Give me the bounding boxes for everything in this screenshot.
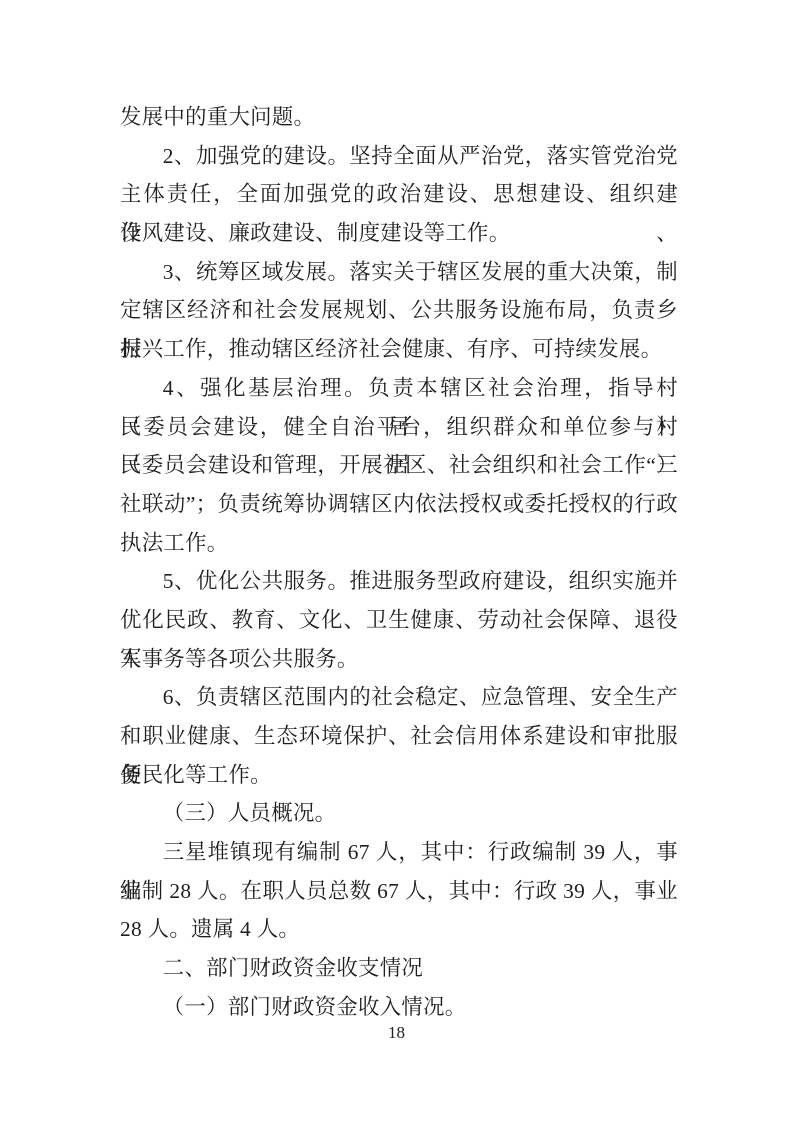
text-line: 5、优化公共服务。推进服务型政府建设，组织实施并 [120,562,678,601]
text-line: 4、强化基层治理。负责本辖区社会治理，指导村（居） [120,369,678,408]
text-line: 和职业健康、生态环境保护、社会信用体系建设和审批服务 [120,717,678,756]
text-line: 28 人。遗属 4 人。 [120,910,678,949]
page-number: 18 [0,1023,793,1043]
text-line: 便民化等工作。 [120,756,678,795]
text-line: 发展中的重大问题。 [120,98,678,137]
text-line: 社联动”；负责统筹协调辖区内依法授权或委托授权的行政 [120,485,678,524]
text-line: 执法工作。 [120,524,678,563]
text-line: 定辖区经济和社会发展规划、公共服务设施布局，负责乡村 [120,291,678,330]
text-line: （一）部门财政资金收入情况。 [120,988,678,1027]
text-line: 主体责任，全面加强党的政治建设、思想建设、组织建设、 [120,175,678,214]
text-line: 民委员会建设，健全自治平台，组织群众和单位参与村（居） [120,408,678,447]
text-line: 振兴工作，推动辖区经济社会健康、有序、可持续发展。 [120,330,678,369]
document-page: 发展中的重大问题。2、加强党的建设。坚持全面从严治党，落实管党治党主体责任，全面… [0,0,793,1122]
text-line: 编制 28 人。在职人员总数 67 人，其中：行政 39 人，事业 [120,872,678,911]
text-line: 3、统筹区域发展。落实关于辖区发展的重大决策，制 [120,253,678,292]
text-line: 民委员会建设和管理，开展社区、社会组织和社会工作“三 [120,446,678,485]
text-line: 6、负责辖区范围内的社会稳定、应急管理、安全生产 [120,678,678,717]
text-line: 优化民政、教育、文化、卫生健康、劳动社会保障、退役军 [120,601,678,640]
text-line: 人事务等各项公共服务。 [120,640,678,679]
text-line: （三）人员概况。 [120,794,678,833]
text-line: 三星堆镇现有编制 67 人，其中：行政编制 39 人，事业 [120,833,678,872]
text-line: 2、加强党的建设。坚持全面从严治党，落实管党治党 [120,137,678,176]
text-line: 二、部门财政资金收支情况 [120,949,678,988]
document-body: 发展中的重大问题。2、加强党的建设。坚持全面从严治党，落实管党治党主体责任，全面… [120,98,678,1027]
